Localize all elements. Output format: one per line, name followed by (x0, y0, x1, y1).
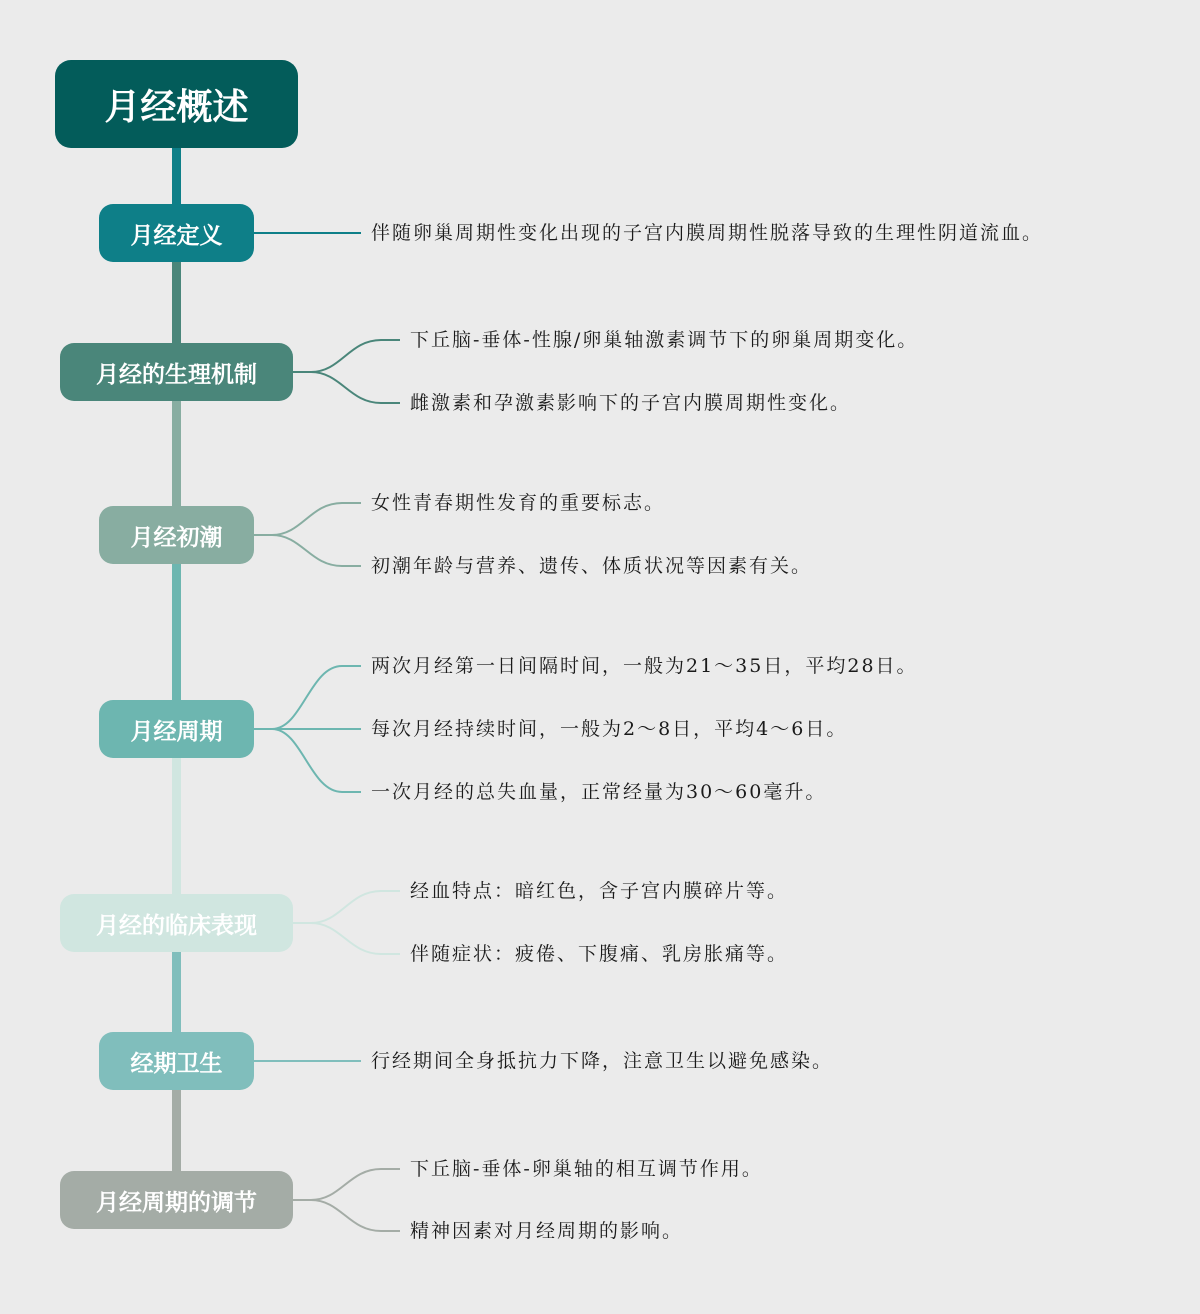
topic-menarche[interactable]: 月经初潮 (99, 506, 254, 564)
leaf-menarche-1: 女性青春期性发育的重要标志。 (371, 491, 665, 515)
leaf-regulation-2: 精神因素对月经周期的影响。 (410, 1219, 683, 1243)
topic-cycle-regulation[interactable]: 月经周期的调节 (60, 1171, 293, 1229)
leaf-cycle-3: 一次月经的总失血量，正常经量为30～60毫升。 (371, 780, 826, 804)
leaf-clinical-1: 经血特点：暗红色，含子宫内膜碎片等。 (410, 879, 788, 903)
topic-label: 月经的生理机制 (96, 356, 257, 389)
leaf-regulation-1: 下丘脑-垂体-卵巢轴的相互调节作用。 (410, 1157, 763, 1181)
topic-label: 月经定义 (131, 217, 223, 250)
topic-definition[interactable]: 月经定义 (99, 204, 254, 262)
topic-label: 经期卫生 (131, 1045, 223, 1078)
topic-label: 月经的临床表现 (96, 907, 257, 940)
topic-menstrual-cycle[interactable]: 月经周期 (99, 700, 254, 758)
leaf-cycle-2: 每次月经持续时间，一般为2～8日，平均4～6日。 (371, 717, 847, 741)
leaf-definition-1: 伴随卵巢周期性变化出现的子宫内膜周期性脱落导致的生理性阴道流血。 (371, 221, 1043, 245)
leaf-clinical-2: 伴随症状：疲倦、下腹痛、乳房胀痛等。 (410, 942, 788, 966)
topic-label: 月经周期 (131, 713, 223, 746)
root-node[interactable]: 月经概述 (55, 60, 298, 148)
topic-label: 月经周期的调节 (96, 1184, 257, 1217)
leaf-hygiene-1: 行经期间全身抵抗力下降，注意卫生以避免感染。 (371, 1049, 833, 1073)
root-label: 月经概述 (104, 79, 248, 130)
topic-label: 月经初潮 (131, 519, 223, 552)
leaf-cycle-1: 两次月经第一日间隔时间，一般为21～35日，平均28日。 (371, 654, 918, 678)
topic-menstrual-hygiene[interactable]: 经期卫生 (99, 1032, 254, 1090)
topic-clinical-manifestation[interactable]: 月经的临床表现 (60, 894, 293, 952)
topic-physiological-mechanism[interactable]: 月经的生理机制 (60, 343, 293, 401)
leaf-mechanism-1: 下丘脑-垂体-性腺/卵巢轴激素调节下的卵巢周期变化。 (410, 328, 918, 352)
leaf-menarche-2: 初潮年龄与营养、遗传、体质状况等因素有关。 (371, 554, 812, 578)
leaf-mechanism-2: 雌激素和孕激素影响下的子宫内膜周期性变化。 (410, 391, 851, 415)
